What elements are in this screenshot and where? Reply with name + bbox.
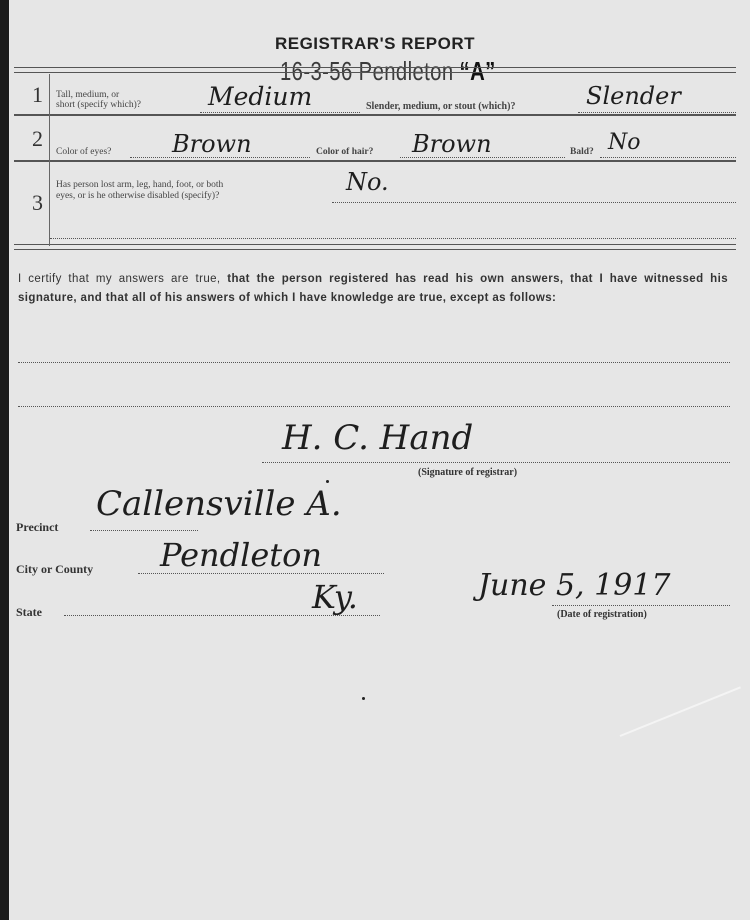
certification-text-light: I certify that my answers are true, [18, 273, 221, 285]
precinct-line [90, 530, 198, 531]
bald-label: Bald? [570, 147, 594, 158]
signature-caption: (Signature of registrar) [418, 467, 517, 478]
table-bottom-rule [14, 244, 736, 250]
precinct-label: Precinct [16, 520, 58, 535]
row-divider [14, 160, 736, 162]
certification-text: I certify that my answers are true, that… [18, 270, 728, 308]
height-label-line2: short (specify which)? [56, 100, 141, 111]
state-value: Ky. [312, 578, 358, 616]
hair-color-label: Color of hair? [316, 147, 373, 158]
registrar-signature: H. C. Hand [282, 418, 473, 458]
number-column-divider [49, 74, 50, 246]
registration-date: June 5, 1917 [478, 568, 670, 603]
row-divider [14, 114, 736, 116]
precinct-value: Callensville A. [96, 484, 342, 524]
table-top-rule [14, 67, 736, 73]
date-caption: (Date of registration) [557, 609, 647, 620]
build-answer: Slender [586, 82, 681, 110]
disability-answer: No. [346, 168, 389, 196]
row-number-2: 2 [32, 126, 43, 152]
row-number-1: 1 [32, 82, 43, 108]
eye-color-answer: Brown [172, 130, 252, 158]
build-label: Slender, medium, or stout (which)? [366, 101, 515, 112]
county-value: Pendleton [160, 536, 322, 574]
eye-color-label: Color of eyes? [56, 147, 111, 158]
build-answer-line [578, 112, 736, 113]
scan-edge [0, 0, 9, 920]
exception-line-1 [18, 362, 730, 363]
signature-line [262, 462, 730, 463]
state-label: State [16, 605, 42, 620]
exception-line-2 [18, 406, 730, 407]
hair-color-answer: Brown [412, 130, 492, 158]
height-answer: Medium [208, 82, 312, 111]
document-title: REGISTRAR'S REPORT [0, 34, 750, 54]
disability-extra-line [50, 238, 736, 239]
disability-label-line1: Has person lost arm, leg, hand, foot, or… [56, 180, 223, 191]
disability-answer-line [332, 202, 736, 203]
bald-line [600, 157, 736, 158]
bald-answer: No [608, 130, 641, 155]
county-label: City or County [16, 562, 93, 577]
ink-speck [362, 697, 365, 700]
disability-label-line2: eyes, or is he otherwise disabled (speci… [56, 191, 219, 202]
date-line [552, 605, 730, 606]
ink-speck [326, 480, 329, 483]
row-number-3: 3 [32, 190, 43, 216]
height-answer-line [200, 112, 360, 113]
